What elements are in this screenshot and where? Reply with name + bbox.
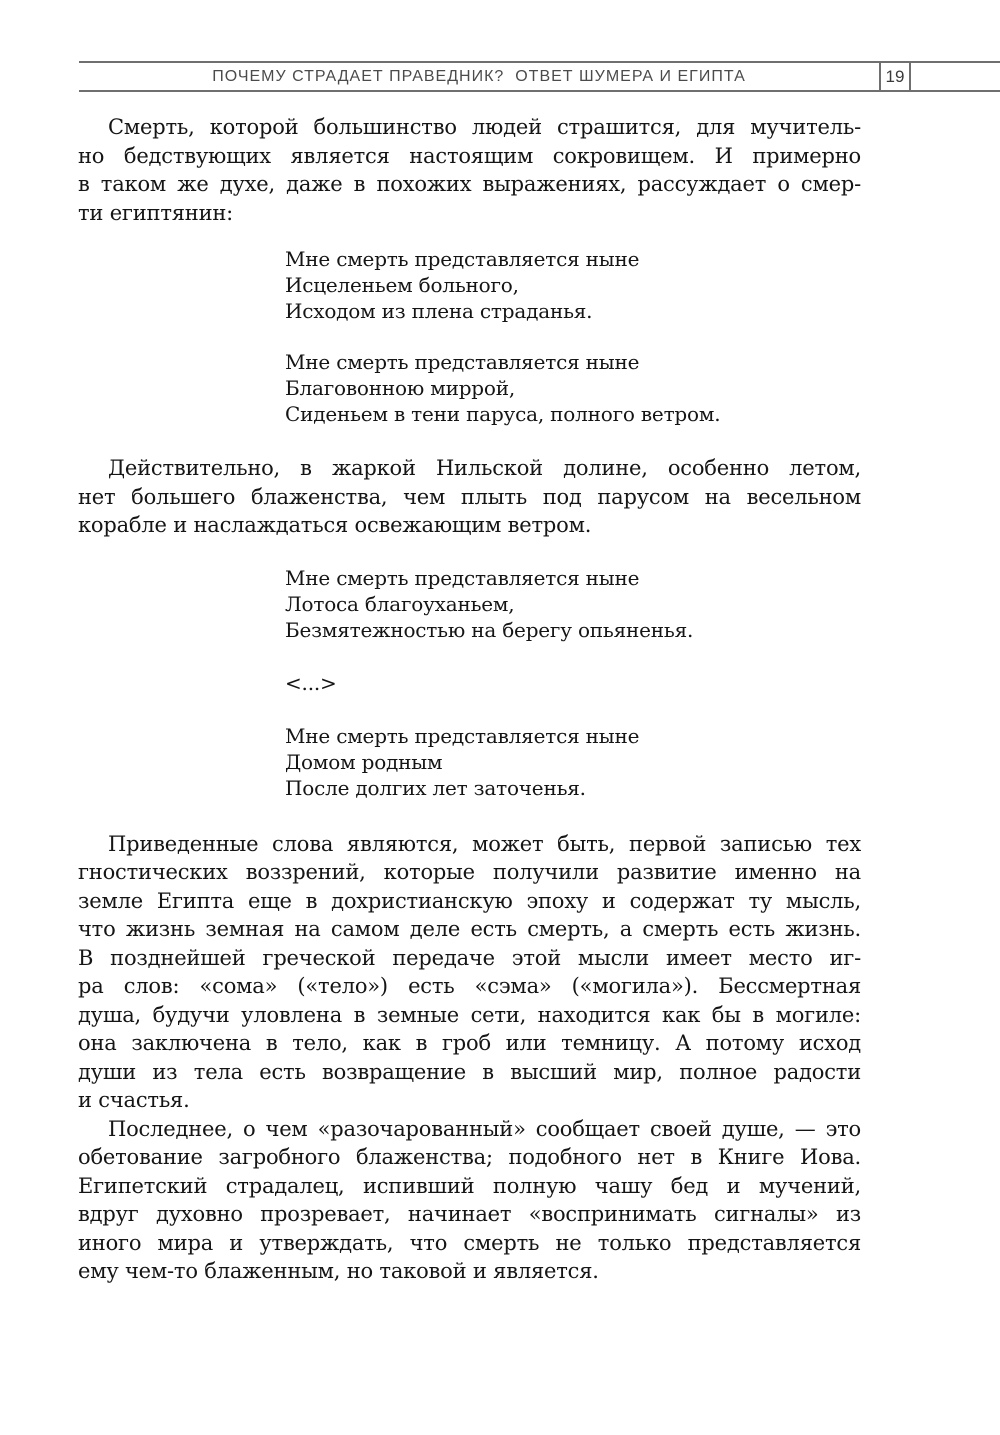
text-line: но бедствующих является настоящим сокров… <box>78 142 861 171</box>
running-head: ПОЧЕМУ СТРАДАЕТ ПРАВЕДНИК? ОТВЕТ ШУМЕРА … <box>79 61 1000 92</box>
text-line: Смерть, которой большинство людей страши… <box>78 113 861 142</box>
poem-line: Исходом из плена страданья. <box>285 298 861 324</box>
text-line: Египетский страдалец, испивший полную ча… <box>78 1172 861 1201</box>
poem-line: Мне смерть представляется ныне <box>285 349 861 375</box>
running-head-title: ПОЧЕМУ СТРАДАЕТ ПРАВЕДНИК? ОТВЕТ ШУМЕРА … <box>79 63 879 90</box>
paragraph-4: Последнее, о чем «разочарованный» сообща… <box>78 1115 861 1286</box>
text-column: Смерть, которой большинство людей страши… <box>78 113 861 1286</box>
text-line: иного мира и утверждать, что смерть не т… <box>78 1229 861 1258</box>
text-line: и счастья. <box>78 1086 861 1115</box>
text-line: ра слов: «сома» («тело») есть «сэма» («м… <box>78 972 861 1001</box>
text-line: она заключена в тело, как в гроб или тем… <box>78 1029 861 1058</box>
poem-line: Исцеленьем больного, <box>285 272 861 298</box>
text-line: Приведенные слова являются, может быть, … <box>78 830 861 859</box>
page-number-box: 19 <box>879 63 911 90</box>
poem-stanza-1: Мне смерть представляется ныне Исцеленье… <box>285 246 861 324</box>
omission-mark: <...> <box>285 670 861 696</box>
poem-line: Мне смерть представляется ныне <box>285 565 861 591</box>
poem-line: Мне смерть представляется ныне <box>285 723 861 749</box>
poem-line: Благовонною миррой, <box>285 375 861 401</box>
poem-stanza-3: Мне смерть представляется ныне Лотоса бл… <box>285 565 861 643</box>
text-line: обетование загробного блаженства; подобн… <box>78 1143 861 1172</box>
poem-line: Лотоса благоуханьем, <box>285 591 861 617</box>
text-line: Действительно, в жаркой Нильской долине,… <box>78 454 861 483</box>
paragraph-3: Приведенные слова являются, может быть, … <box>78 830 861 1115</box>
text-line: ти египтянин: <box>78 199 861 228</box>
text-line: ему чем-то блаженным, но таковой и являе… <box>78 1257 861 1286</box>
text-line: в таком же духе, даже в похожих выражени… <box>78 170 861 199</box>
text-line: земле Египта еще в дохристианскую эпоху … <box>78 887 861 916</box>
text-line: что жизнь земная на самом деле есть смер… <box>78 915 861 944</box>
poem-line: Домом родным <box>285 749 861 775</box>
poem-line: Безмятежностью на берегу опьяненья. <box>285 617 861 643</box>
text-line: В позднейшей греческой передаче этой мыс… <box>78 944 861 973</box>
poem-line: После долгих лет заточенья. <box>285 775 861 801</box>
paragraph-2: Действительно, в жаркой Нильской долине,… <box>78 454 861 540</box>
text-line: нет большего блаженства, чем плыть под п… <box>78 483 861 512</box>
text-line: гностических воззрений, которые получили… <box>78 858 861 887</box>
poem-line: Мне смерть представляется ныне <box>285 246 861 272</box>
text-line: души из тела есть возвращение в высший м… <box>78 1058 861 1087</box>
paragraph-1: Смерть, которой большинство людей страши… <box>78 113 861 227</box>
book-page: ПОЧЕМУ СТРАДАЕТ ПРАВЕДНИК? ОТВЕТ ШУМЕРА … <box>0 0 1000 1435</box>
text-line: вдруг духовно прозревает, начинает «восп… <box>78 1200 861 1229</box>
page-number: 19 <box>886 67 905 86</box>
text-line: Последнее, о чем «разочарованный» сообща… <box>78 1115 861 1144</box>
poem-stanza-2: Мне смерть представляется ныне Благовонн… <box>285 349 861 427</box>
poem-stanza-4: Мне смерть представляется ныне Домом род… <box>285 723 861 801</box>
text-line: душа, будучи уловлена в земные сети, нах… <box>78 1001 861 1030</box>
poem-line: Сиденьем в тени паруса, полного ветром. <box>285 401 861 427</box>
text-line: корабле и наслаждаться освежающим ветром… <box>78 511 861 540</box>
